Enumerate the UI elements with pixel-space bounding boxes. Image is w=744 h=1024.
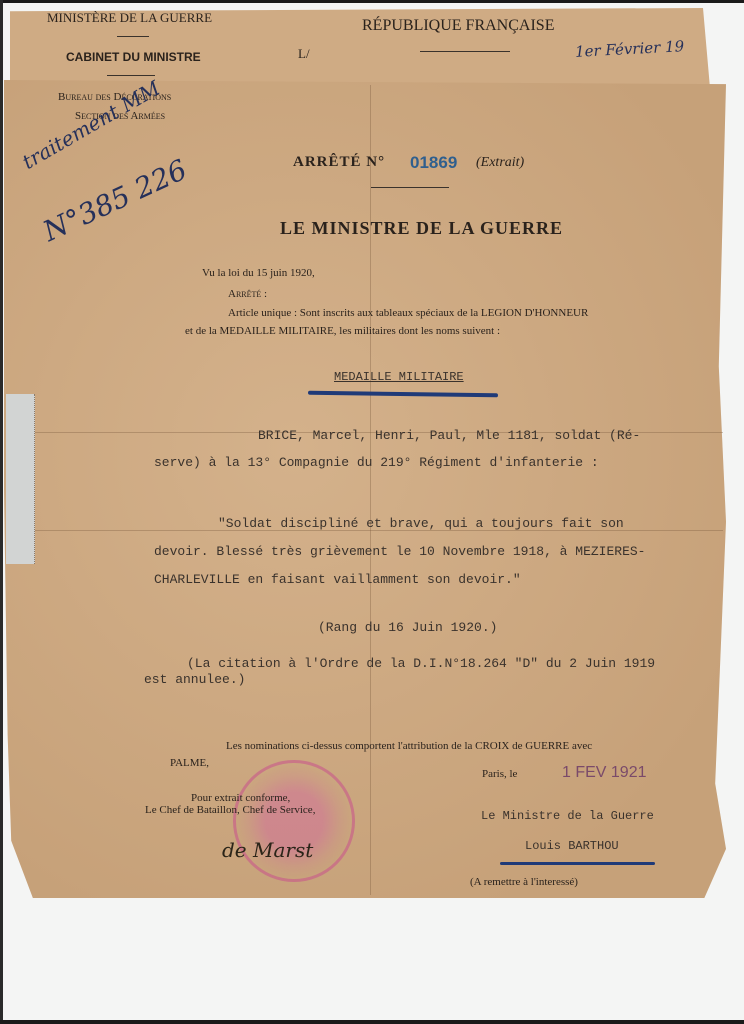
article-line-2: et de la MEDAILLE MILITAIRE, les militai…: [185, 325, 500, 337]
recipient-line-1: BRICE, Marcel, Henri, Paul, Mle 1181, so…: [258, 428, 640, 443]
nominations-line-2: PALME,: [170, 757, 209, 769]
nominations-line-1: Les nominations ci-dessus comportent l'a…: [226, 740, 592, 752]
annulment-line-1: (La citation à l'Ordre de la D.I.N°18.26…: [187, 656, 655, 671]
annulment-line-2: est annulee.): [144, 672, 245, 687]
divider: [117, 36, 149, 37]
recipient-line-2: serve) à la 13° Compagnie du 219° Régime…: [154, 455, 599, 470]
place-label: Paris, le: [482, 768, 517, 780]
minister-name: Louis BARTHOU: [525, 839, 619, 853]
arrete-label: Arrêté :: [228, 288, 267, 300]
republic-heading: RÉPUBLIQUE FRANÇAISE: [362, 17, 554, 35]
chef-title: Le Chef de Bataillon, Chef de Service,: [145, 804, 315, 816]
scan-border-left: [0, 0, 3, 1024]
tape-strip: [6, 394, 35, 564]
decree-number-stamp: 01869: [410, 153, 457, 173]
remit-note: (A remettre à l'interessé): [470, 876, 578, 888]
reference-code: L/: [298, 46, 310, 62]
minister-title: Le Ministre de la Guerre: [481, 809, 654, 823]
minister-heading: LE MINISTRE DE LA GUERRE: [280, 218, 563, 239]
extract-label: (Extrait): [476, 155, 524, 171]
ministry-seal-stamp: [233, 760, 355, 882]
fold-line: [370, 85, 371, 895]
award-title: MEDAILLE MILITAIRE: [334, 370, 464, 384]
law-reference: Vu la loi du 15 juin 1920,: [202, 267, 315, 279]
rank-date: (Rang du 16 Juin 1920.): [318, 620, 497, 635]
ministry-heading: MINISTÈRE DE LA GUERRE: [47, 10, 212, 26]
article-line-1: Article unique : Sont inscrits aux table…: [228, 307, 588, 319]
decree-label: ARRÊTÉ N°: [293, 154, 385, 171]
cabinet-heading: CABINET DU MINISTRE: [66, 50, 201, 64]
scan-border-top: [0, 0, 744, 3]
scan-border-bottom: [0, 1020, 744, 1024]
citation-line-1: "Soldat discipliné et brave, qui a toujo…: [218, 516, 624, 531]
citation-line-2: devoir. Blessé très grièvement le 10 Nov…: [154, 544, 645, 559]
blue-ink-underline: [500, 862, 655, 865]
conforme-label: Pour extrait conforme,: [191, 792, 290, 804]
divider: [371, 187, 449, 188]
date-stamp: 1 FEV 1921: [562, 764, 647, 782]
divider: [420, 51, 510, 52]
citation-line-3: CHARLEVILLE en faisant vaillamment son d…: [154, 572, 521, 587]
divider: [107, 75, 155, 76]
handwritten-signature: de Marst: [222, 838, 313, 862]
